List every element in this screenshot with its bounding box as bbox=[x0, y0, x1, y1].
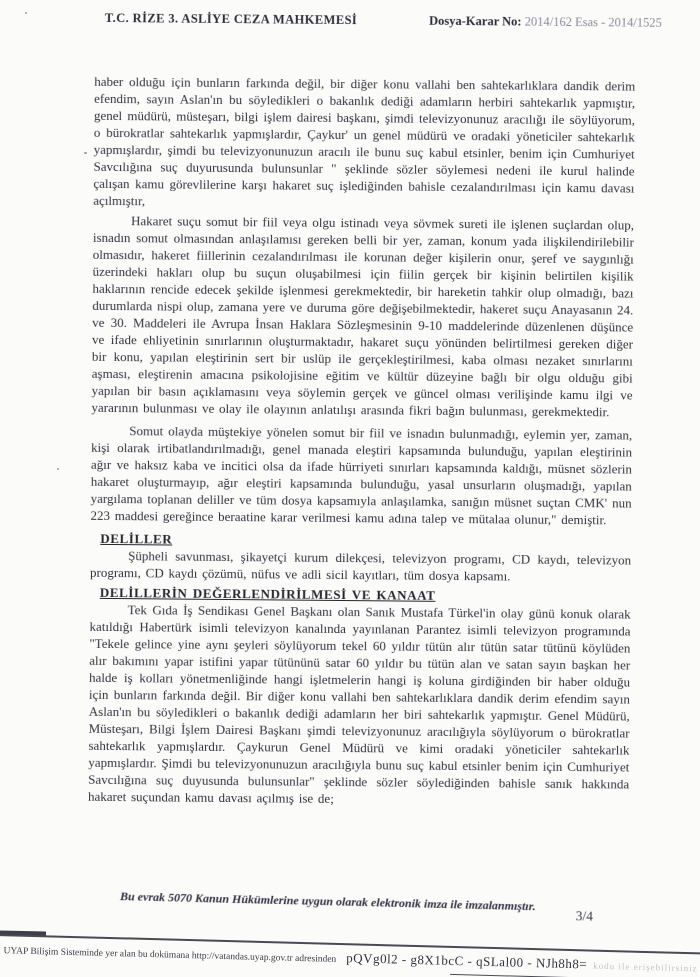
paragraph-deliller-list: Şüpheli savunması, şikayetçi kurum dilek… bbox=[90, 547, 631, 586]
page-number: 3/4 bbox=[576, 908, 594, 924]
uyap-footer-row: UYAP Bilişim Sisteminde yer alan bu dokü… bbox=[0, 941, 700, 976]
paragraph-hakaret-definition: Hakaret suçu somut bir fiil veya olgu is… bbox=[91, 212, 634, 421]
uyap-footer-text: UYAP Bilişim Sisteminde yer alan bu dokü… bbox=[3, 946, 336, 965]
court-title: T.C. RİZE 3. ASLİYE CEZA MAHKEMESİ bbox=[105, 11, 357, 28]
scanned-court-document-page: T.C. RİZE 3. ASLİYE CEZA MAHKEMESİ Dosya… bbox=[0, 0, 700, 977]
scan-speck bbox=[57, 468, 59, 470]
paragraph-degerlendirme: Tek Gıda İş Sendikası Genel Başkanı olan… bbox=[88, 601, 631, 810]
paragraph-indictment-quote: haber olduğu için bunların farkında deği… bbox=[93, 73, 635, 214]
docket-value: 2014/162 Esas - 2014/1525 bbox=[525, 15, 662, 30]
document-header: T.C. RİZE 3. ASLİYE CEZA MAHKEMESİ Dosya… bbox=[0, 10, 700, 31]
uyap-footer-tail: kodu ile erişebilirsiniz bbox=[593, 961, 698, 974]
docket-label: Dosya-Karar No: bbox=[429, 14, 522, 29]
scan-speck bbox=[84, 152, 87, 154]
uyap-verification-code: pQVg0l2 - g8X1bcC - qSLal00 - NJh8h8= bbox=[346, 950, 587, 972]
document-body: haber olduğu için bunların farkında deği… bbox=[88, 73, 635, 810]
esignature-row: Bu evrak 5070 Kanun Hükümlerine uygun ol… bbox=[0, 886, 692, 903]
scan-speck bbox=[25, 12, 27, 14]
esignature-note: Bu evrak 5070 Kanun Hükümlerine uygun ol… bbox=[120, 889, 536, 914]
paragraph-somut-olay: Somut olayda müştekiye yönelen somut bir… bbox=[90, 422, 632, 529]
uyap-footer: UYAP Bilişim Sisteminde yer alan bu dokü… bbox=[0, 934, 700, 976]
document-content: T.C. RİZE 3. ASLİYE CEZA MAHKEMESİ Dosya… bbox=[0, 0, 700, 6]
docket-number: Dosya-Karar No: 2014/162 Esas - 2014/152… bbox=[429, 14, 662, 31]
heading-deliller: DELİLLER bbox=[100, 530, 172, 548]
